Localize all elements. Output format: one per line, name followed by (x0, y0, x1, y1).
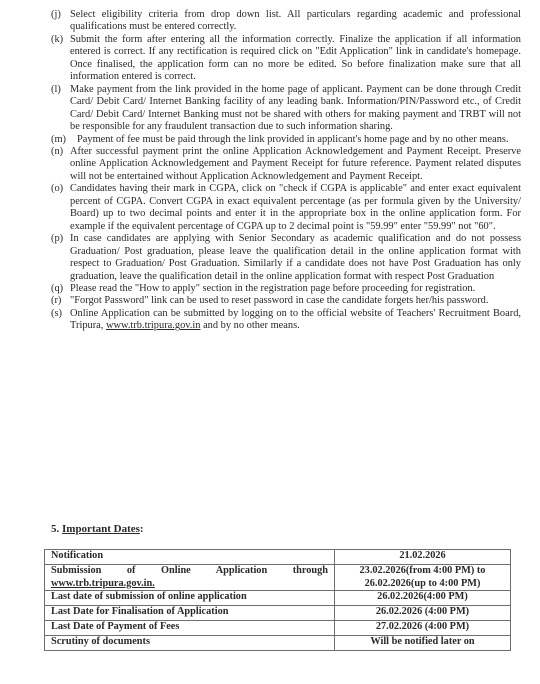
instruction-item-j: (j) Select eligibility criteria from dro… (51, 9, 521, 34)
table-row: Last date of submission of online applic… (45, 591, 511, 606)
date-line-1: 23.02.2026(from 4:00 PM) to (341, 565, 504, 578)
event-cell: Last Date for Finalisation of Applicatio… (45, 606, 335, 621)
section-heading: 5. Important Dates: (51, 523, 144, 535)
item-marker: (j) (51, 9, 61, 21)
section-number: 5. (51, 523, 59, 535)
date-cell: 27.02.2026 (4:00 PM) (335, 621, 511, 636)
instruction-item-m: (m) Payment of fee must be paid through … (51, 134, 521, 146)
date-cell: 26.02.2026 (4:00 PM) (335, 606, 511, 621)
document-page: (j) Select eligibility criteria from dro… (0, 0, 540, 684)
instruction-item-k: (k) Submit the form after entering all t… (51, 34, 521, 84)
event-cell: Scrutiny of documents (45, 636, 335, 651)
instruction-list: (j) Select eligibility criteria from dro… (51, 9, 521, 333)
item-text: Submit the form after entering all the i… (70, 34, 521, 82)
item-text: Make payment from the link provided in t… (70, 84, 521, 132)
date-cell: 26.02.2026(4:00 PM) (335, 591, 511, 606)
event-cell: Last date of submission of online applic… (45, 591, 335, 606)
instruction-item-s: (s) Online Application can be submitted … (51, 308, 521, 333)
event-cell: Last Date of Payment of Fees (45, 621, 335, 636)
event-link[interactable]: www.trb.tripura.gov.in. (51, 578, 328, 591)
event-cell: Notification (45, 550, 335, 565)
instruction-item-o: (o) Candidates having their mark in CGPA… (51, 183, 521, 233)
item-marker: (m) (51, 134, 66, 146)
item-marker: (l) (51, 84, 61, 96)
item-text: "Forgot Password" link can be used to re… (70, 295, 488, 306)
date-cell: 23.02.2026(from 4:00 PM) to 26.02.2026(u… (335, 565, 511, 591)
date-cell: Will be notified later on (335, 636, 511, 651)
date-line-2: 26.02.2026(up to 4:00 PM) (341, 578, 504, 591)
website-link[interactable]: www.trb.tripura.gov.in (106, 320, 200, 331)
item-marker: (n) (51, 146, 63, 158)
table-row: Notification 21.02.2026 (45, 550, 511, 565)
date-cell: 21.02.2026 (335, 550, 511, 565)
event-text: Submission of Online Application through (51, 565, 328, 578)
section-title: Important Dates (62, 523, 140, 535)
item-text: After successful payment print the onlin… (70, 146, 521, 182)
table-row: Submission of Online Application through… (45, 565, 511, 591)
item-text: In case candidates are applying with Sen… (70, 233, 521, 281)
event-cell: Submission of Online Application through… (45, 565, 335, 591)
important-dates-table: Notification 21.02.2026 Submission of On… (44, 549, 511, 651)
table-row: Last Date of Payment of Fees 27.02.2026 … (45, 621, 511, 636)
item-marker: (q) (51, 283, 63, 295)
item-text: Please read the "How to apply" section i… (70, 283, 475, 294)
table-row: Scrutiny of documents Will be notified l… (45, 636, 511, 651)
instruction-item-q: (q) Please read the "How to apply" secti… (51, 283, 521, 295)
item-marker: (r) (51, 295, 61, 307)
instruction-item-l: (l) Make payment from the link provided … (51, 84, 521, 134)
instruction-item-r: (r) "Forgot Password" link can be used t… (51, 295, 521, 307)
item-marker: (s) (51, 308, 62, 320)
item-marker: (o) (51, 183, 63, 195)
item-text: Select eligibility criteria from drop do… (70, 9, 521, 32)
item-marker: (p) (51, 233, 63, 245)
item-text: Candidates having their mark in CGPA, cl… (70, 183, 521, 231)
item-marker: (k) (51, 34, 63, 46)
table-row: Last Date for Finalisation of Applicatio… (45, 606, 511, 621)
section-suffix: : (140, 523, 144, 535)
instruction-item-p: (p) In case candidates are applying with… (51, 233, 521, 283)
item-text-after: and by no other means. (200, 320, 299, 331)
instruction-item-n: (n) After successful payment print the o… (51, 146, 521, 183)
item-text: Payment of fee must be paid through the … (77, 134, 509, 145)
